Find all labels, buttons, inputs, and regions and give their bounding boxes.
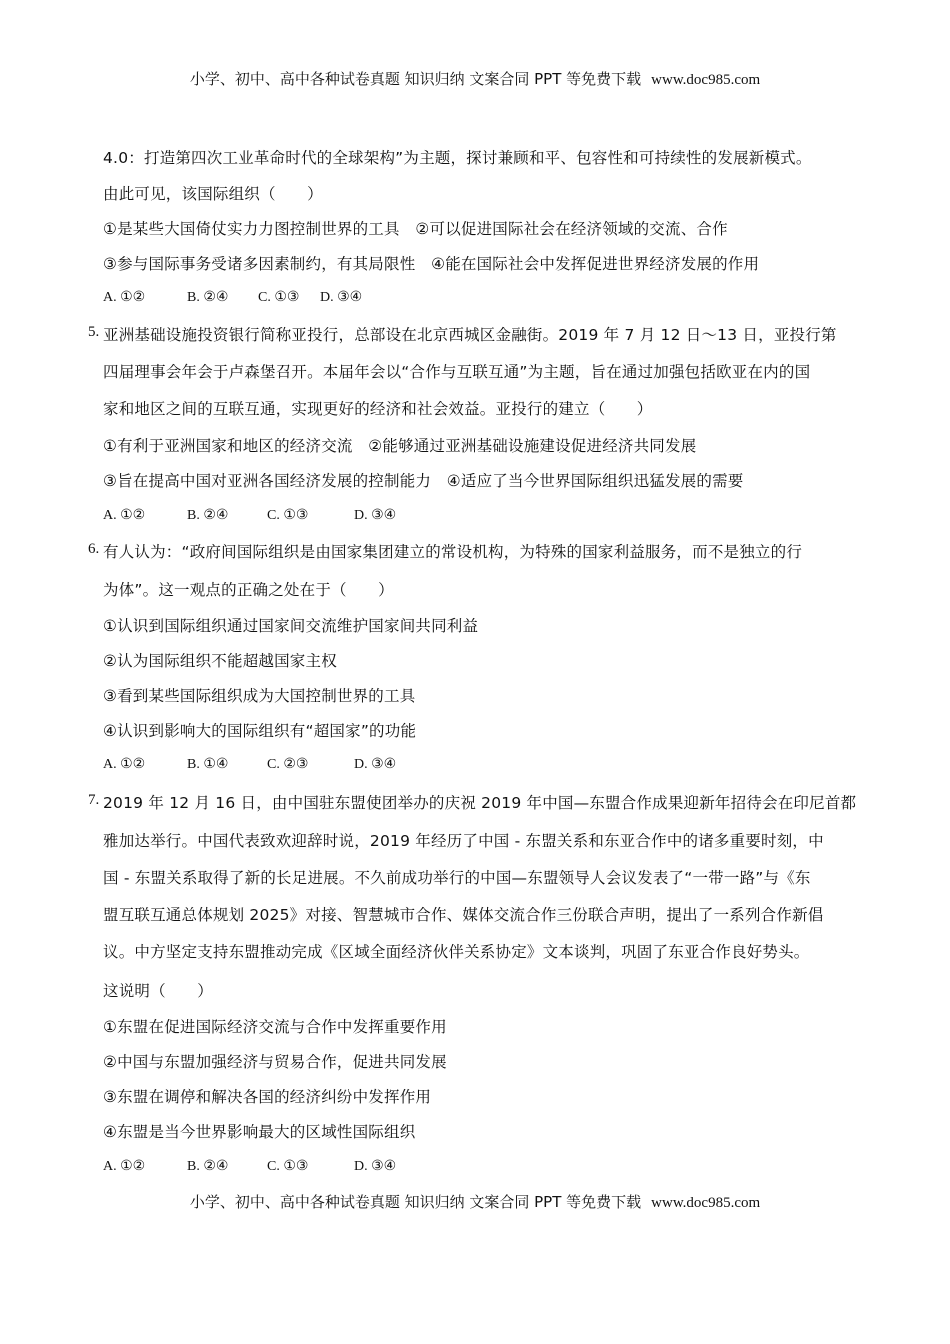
option-d[interactable]: D. ③④ — [354, 756, 396, 773]
option-d[interactable]: D. ③④ — [320, 289, 362, 306]
header-banner-url: www.doc985.com — [651, 72, 760, 88]
question-6-number: 6. — [88, 541, 99, 558]
question-7-line-3: 国 - 东盟关系取得了新的长足进展。不久前成功举行的中国—东盟领导人会议发表了“… — [103, 866, 811, 888]
question-7-line-4: 盟互联互通总体规划 2025》对接、智慧城市合作、媒体交流合作三份联合声明，提出… — [103, 903, 823, 925]
question-6-line-2: 为体”。这一观点的正确之处在于（ ） — [103, 578, 394, 600]
question-5-number: 5. — [88, 324, 99, 341]
header-banner: 小学、初中、高中各种试卷真题 知识归纳 文案合同 PPT 等免费下载www.do… — [0, 68, 950, 89]
question-7-statement-1: ①东盟在促进国际经济交流与合作中发挥重要作用 — [103, 1015, 447, 1037]
question-5-line-3: 家和地区之间的互联互通，实现更好的经济和社会效益。亚投行的建立（ ） — [103, 397, 653, 419]
option-a[interactable]: A. ①② — [103, 507, 145, 524]
question-7-line-1: 2019 年 12 月 16 日，由中国驻东盟使团举办的庆祝 2019 年中国—… — [103, 791, 856, 813]
option-a[interactable]: A. ①② — [103, 756, 145, 773]
question-5-line-2: 四届理事会年会于卢森堡召开。本届年会以“合作与互联互通”为主题，旨在通过加强包括… — [103, 360, 810, 382]
option-d[interactable]: D. ③④ — [354, 1158, 396, 1175]
question-7-line-2: 雅加达举行。中国代表致欢迎辞时说，2019 年经历了中国 - 东盟关系和东亚合作… — [103, 829, 824, 851]
option-b[interactable]: B. ②④ — [187, 289, 228, 306]
question-6-statement-2: ②认为国际组织不能超越国家主权 — [103, 649, 337, 671]
option-a[interactable]: A. ①② — [103, 289, 145, 306]
question-7-line-5: 议。中方坚定支持东盟推动完成《区域全面经济伙伴关系协定》文本谈判，巩固了东亚合作… — [103, 940, 810, 962]
option-b[interactable]: B. ②④ — [187, 1158, 228, 1175]
question-5-statement-1-2: ①有利于亚洲国家和地区的经济交流 ②能够通过亚洲基础设施建设促进经济共同发展 — [103, 434, 696, 456]
question-5-line-1: 亚洲基础设施投资银行简称亚投行，总部设在北京西城区金融街。2019 年 7 月 … — [103, 323, 837, 345]
option-b[interactable]: B. ①④ — [187, 756, 228, 773]
question-4-line-1: 4.0：打造第四次工业革命时代的全球架构”为主题，探讨兼顾和平、包容性和可持续性… — [103, 146, 812, 168]
footer-banner: 小学、初中、高中各种试卷真题 知识归纳 文案合同 PPT 等免费下载www.do… — [0, 1191, 950, 1212]
footer-banner-text: 小学、初中、高中各种试卷真题 知识归纳 文案合同 PPT 等免费下载 — [190, 1193, 641, 1211]
question-6-statement-1: ①认识到国际组织通过国家间交流维护国家间共同利益 — [103, 614, 478, 636]
question-6-statement-4: ④认识到影响大的国际组织有“超国家”的功能 — [103, 719, 416, 741]
question-7-number: 7. — [88, 792, 99, 809]
question-7-statement-2: ②中国与东盟加强经济与贸易合作，促进共同发展 — [103, 1050, 447, 1072]
question-7-line-6: 这说明（ ） — [103, 979, 213, 1001]
option-c[interactable]: C. ①③ — [267, 1158, 308, 1175]
option-c[interactable]: C. ①③ — [258, 289, 299, 306]
question-7-statement-4: ④东盟是当今世界影响最大的区域性国际组织 — [103, 1120, 415, 1142]
option-c[interactable]: C. ①③ — [267, 507, 308, 524]
question-6-statement-3: ③看到某些国际组织成为大国控制世界的工具 — [103, 684, 415, 706]
option-b[interactable]: B. ②④ — [187, 507, 228, 524]
question-4-statement-3-4: ③参与国际事务受诸多因素制约，有其局限性 ④能在国际社会中发挥促进世界经济发展的… — [103, 252, 759, 274]
option-a[interactable]: A. ①② — [103, 1158, 145, 1175]
question-4-statement-1-2: ①是某些大国倚仗实力力图控制世界的工具 ②可以促进国际社会在经济领域的交流、合作 — [103, 217, 728, 239]
question-6-line-1: 有人认为：“政府间国际组织是由国家集团建立的常设机构，为特殊的国家利益服务，而不… — [103, 540, 802, 562]
question-4-line-2: 由此可见，该国际组织（ ） — [103, 182, 323, 204]
option-c[interactable]: C. ②③ — [267, 756, 308, 773]
option-d[interactable]: D. ③④ — [354, 507, 396, 524]
footer-banner-url: www.doc985.com — [651, 1195, 760, 1211]
header-banner-text: 小学、初中、高中各种试卷真题 知识归纳 文案合同 PPT 等免费下载 — [190, 70, 641, 88]
question-5-statement-3-4: ③旨在提高中国对亚洲各国经济发展的控制能力 ④适应了当今世界国际组织迅猛发展的需… — [103, 469, 744, 491]
question-7-statement-3: ③东盟在调停和解决各国的经济纠纷中发挥作用 — [103, 1085, 431, 1107]
